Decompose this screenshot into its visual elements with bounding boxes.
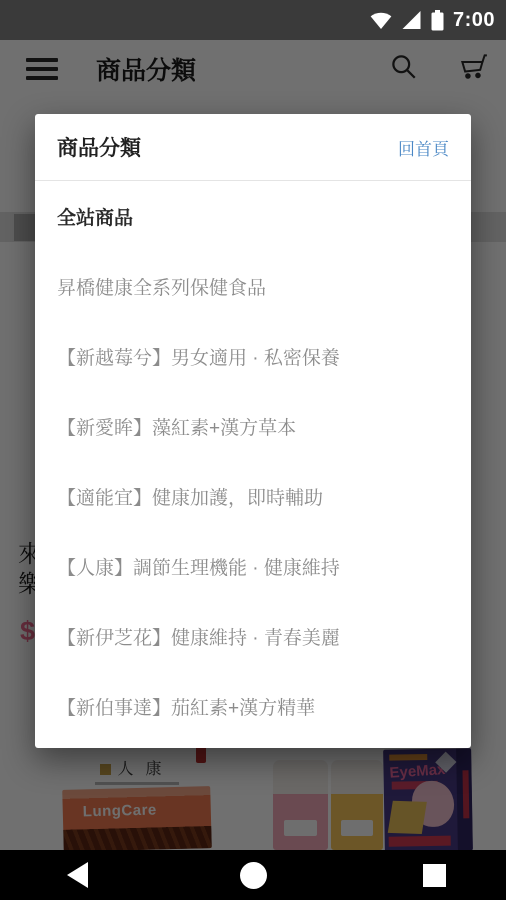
modal-header: 商品分類 回首頁 [35,114,471,181]
category-item[interactable]: 【新越莓兮】男女適用 · 私密保養 [35,321,471,391]
category-item[interactable]: 【新伯事達】茄紅素+漢方精華 [35,671,471,741]
category-item[interactable]: 【新伊芝花】健康維持 · 青春美麗 [35,601,471,671]
android-nav-bar [0,850,506,900]
back-icon [67,862,88,888]
category-item[interactable]: 【適能宜】健康加護，即時輔助 [35,461,471,531]
recents-icon [423,864,446,887]
clock-time: 7:00 [453,9,495,32]
back-button[interactable] [0,862,169,888]
battery-icon [431,10,444,31]
cellular-signal-icon [401,11,422,29]
category-item[interactable]: 昇橋健康全系列保健食品 [35,251,471,321]
category-modal: 商品分類 回首頁 全站商品 昇橋健康全系列保健食品 【新越莓兮】男女適用 · 私… [35,114,471,748]
phone-screen: 7:00 商品分類 來樂 $ 人康 [0,0,506,900]
home-icon [240,862,267,889]
category-item-all-products[interactable]: 全站商品 [35,181,471,251]
category-item[interactable]: 【人康】調節生理機能 · 健康維持 [35,531,471,601]
category-list: 全站商品 昇橋健康全系列保健食品 【新越莓兮】男女適用 · 私密保養 【新愛眸】… [35,181,471,741]
category-item[interactable]: 【新愛眸】藻紅素+漢方草本 [35,391,471,461]
recents-button[interactable] [337,864,506,887]
status-bar: 7:00 [0,0,506,40]
wifi-icon [370,11,392,29]
home-button[interactable] [169,862,338,889]
home-link[interactable]: 回首頁 [398,135,449,160]
modal-title: 商品分類 [57,132,141,162]
